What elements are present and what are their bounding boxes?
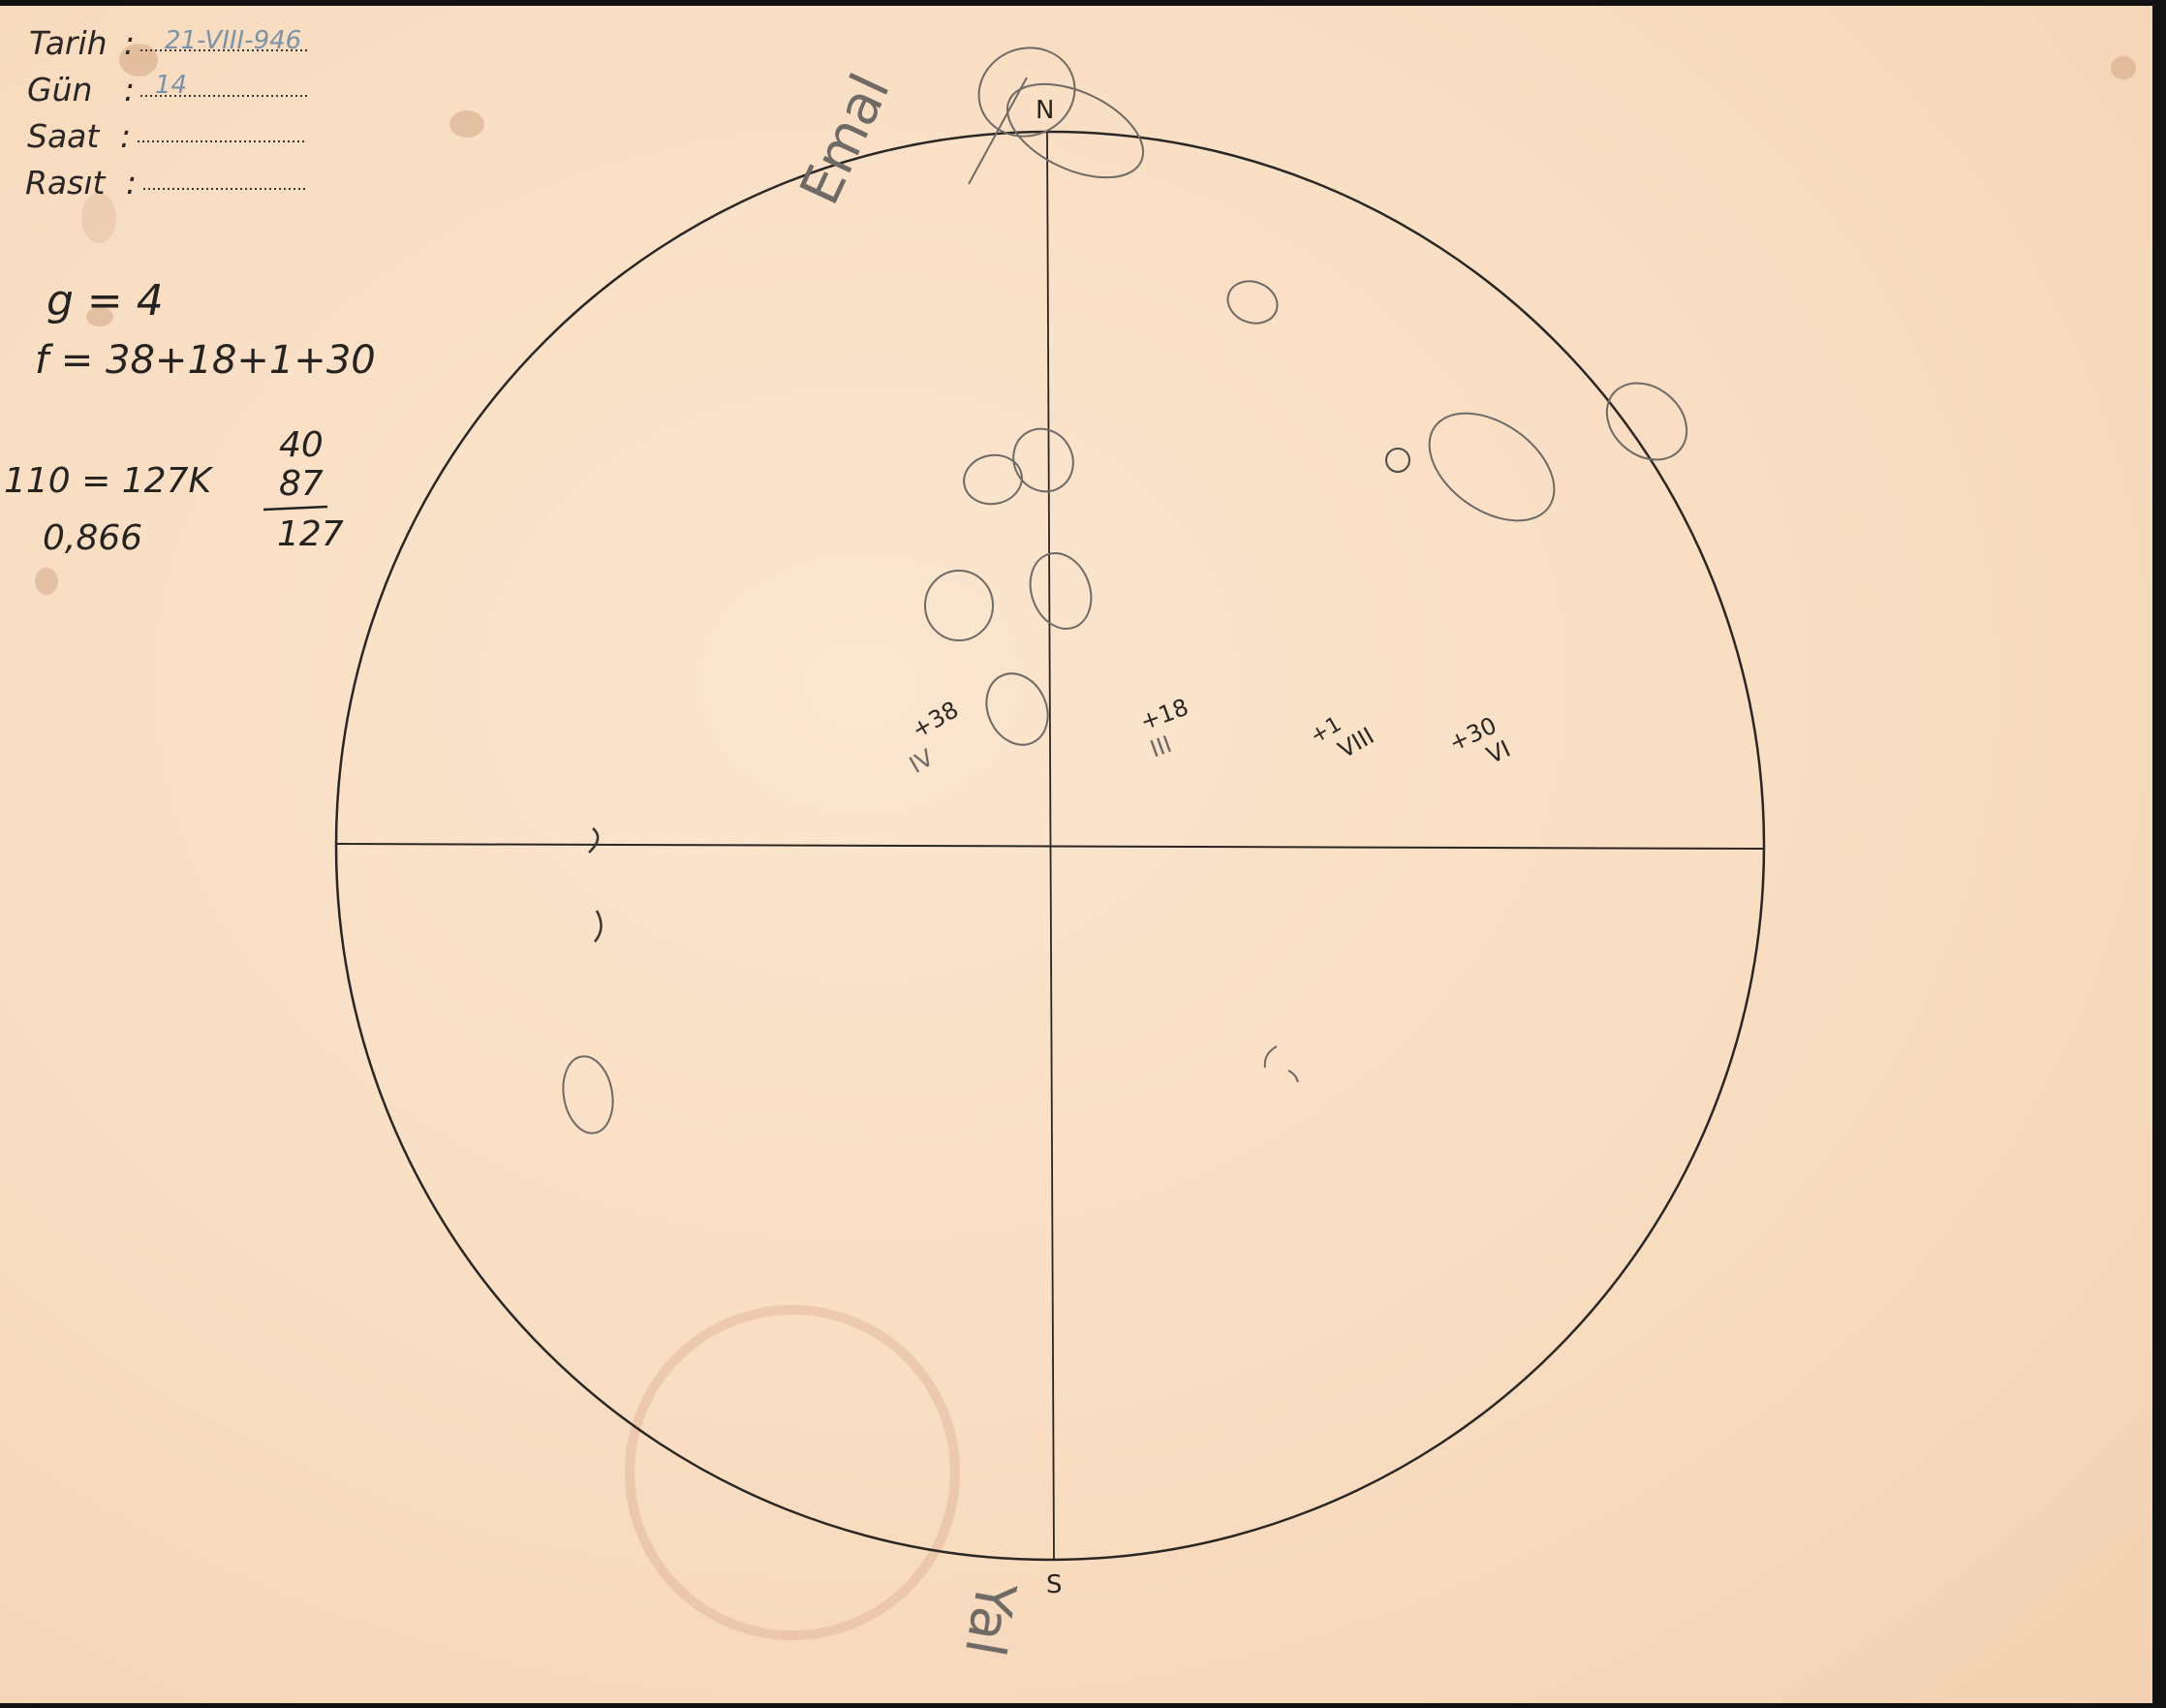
field-label: Rasıt <box>25 164 107 202</box>
faculae-sketches <box>557 274 1702 1136</box>
equator-axis <box>336 844 1763 849</box>
field-tarih: Tarih : 21-VIII-946 <box>29 24 308 62</box>
field-separator: : <box>126 164 137 202</box>
handwritten-notes: g = 4 f = 38+18+1+30 110 = 127K 0,866 40… <box>4 276 376 558</box>
field-gun: Gün : 14 <box>27 71 308 109</box>
date-value[interactable]: 21-VIII-946 <box>165 26 301 55</box>
paper-stains <box>35 44 2136 595</box>
coffee-ring-stain <box>630 1310 955 1635</box>
field-separator: : <box>120 117 131 155</box>
drawing-canvas: Tarih : 21-VIII-946 Gün : 14 Saat : Rası… <box>0 0 2166 1708</box>
field-label: Gün <box>27 71 92 109</box>
sum-top: 40 <box>279 425 324 465</box>
sunspot-groups: +38 IV +18 III +1 VIII +30 VI <box>890 694 1515 782</box>
wolf-number-note: 110 = 127K <box>4 461 213 501</box>
solar-observation-sheet: Tarih : 21-VIII-946 Gün : 14 Saat : Rası… <box>0 6 2152 1703</box>
field-saat: Saat : <box>27 117 306 155</box>
field-rasit: Rasıt : <box>25 164 305 202</box>
factor-note: 0,866 <box>43 518 142 558</box>
field-separator: : <box>124 24 135 62</box>
south-label: S <box>1046 1570 1063 1599</box>
group-iii: +18 III <box>1136 694 1201 763</box>
group-number: IV <box>905 744 939 779</box>
day-value[interactable]: 14 <box>155 71 187 100</box>
spot-count-note: f = 38+18+1+30 <box>35 338 376 383</box>
top-annotation: Emal <box>789 65 903 214</box>
bottom-annotation: Yal <box>952 1576 1027 1661</box>
sum-total: 127 <box>277 514 344 554</box>
field-label: Tarih <box>29 24 108 62</box>
group-iv: +38 IV <box>890 696 977 779</box>
group-number: III <box>1147 730 1176 763</box>
form-header: Tarih : 21-VIII-946 Gün : 14 Saat : Rası… <box>25 24 308 202</box>
group-count: +18 <box>1136 694 1191 736</box>
sum-middle: 87 <box>279 464 324 504</box>
group-viii: +1 VIII <box>1307 701 1379 773</box>
solar-disk: N S <box>336 96 1764 1599</box>
north-label: N <box>1036 96 1054 125</box>
group-count: +38 <box>907 696 963 744</box>
field-separator: : <box>124 71 135 109</box>
sum-rule <box>263 507 327 510</box>
group-count-note: g = 4 <box>46 276 164 326</box>
group-vi: +30 VI <box>1444 710 1514 781</box>
field-label: Saat <box>27 117 100 155</box>
